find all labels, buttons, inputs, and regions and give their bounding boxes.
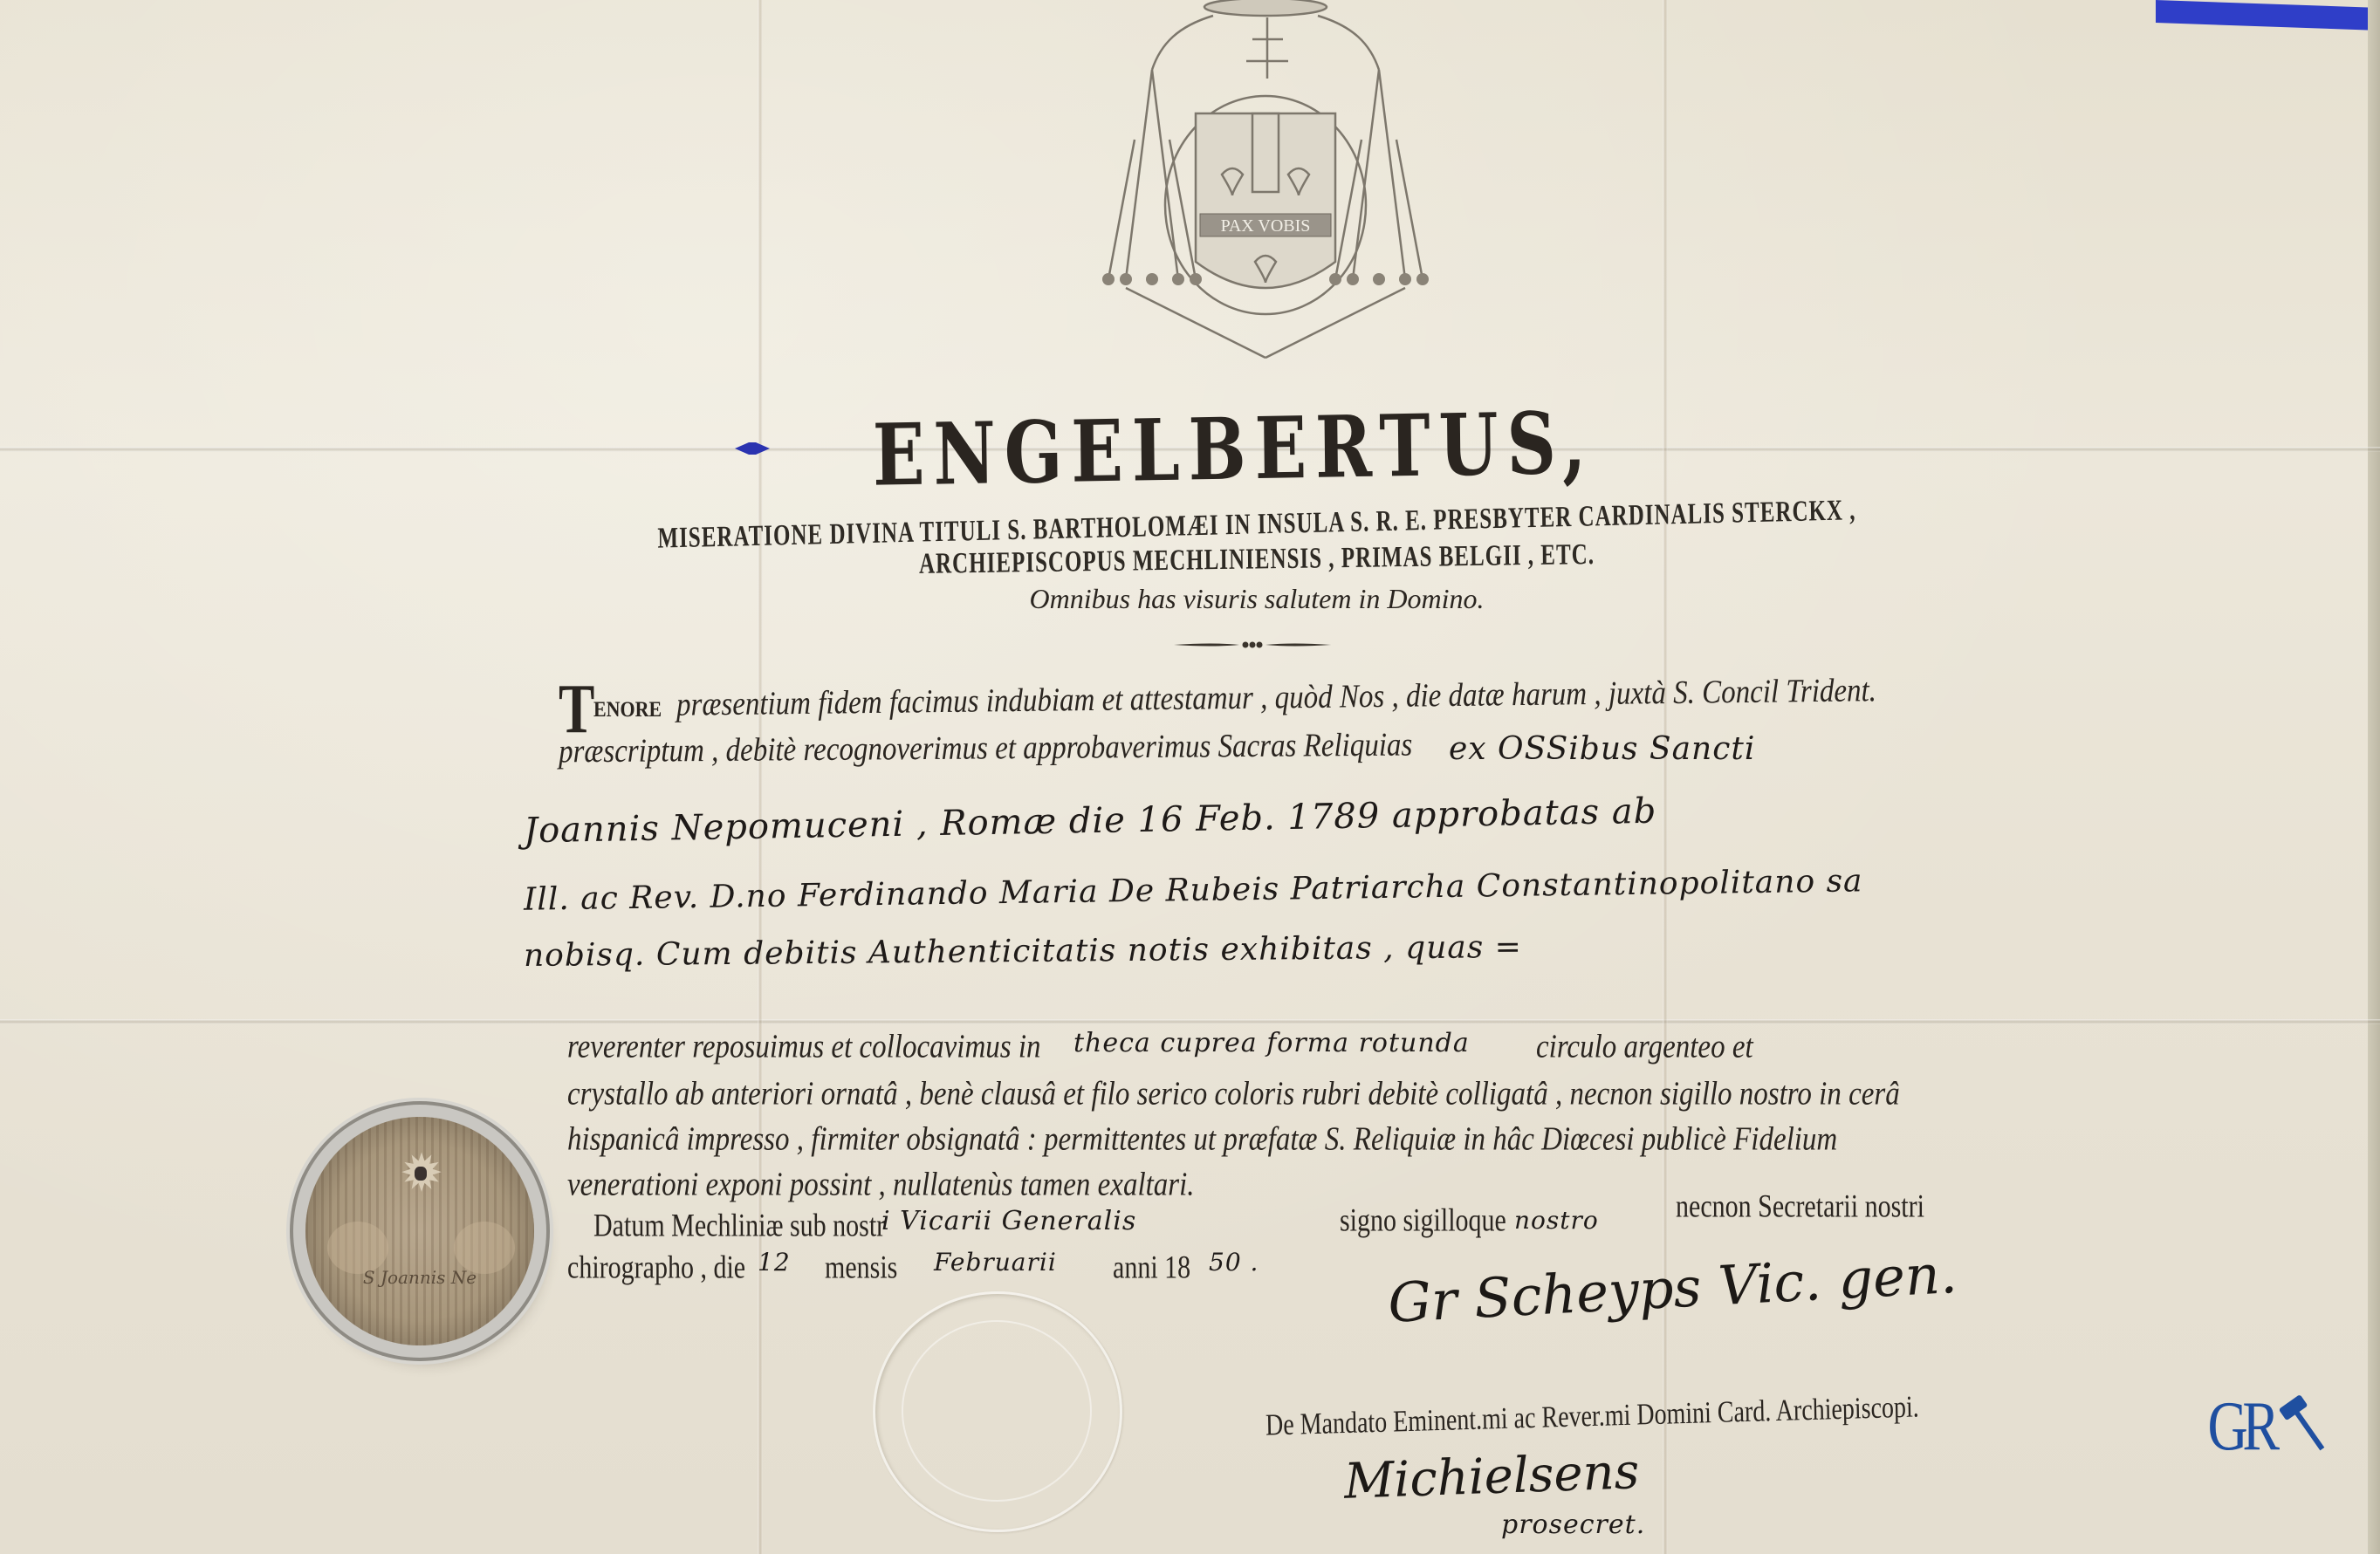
logo-monogram: GR — [2208, 1387, 2274, 1467]
datum-text: Datum Mechliniæ sub nostr — [593, 1208, 885, 1245]
reliquary-decoration — [454, 1222, 515, 1274]
signo-handwritten: nostro — [1514, 1206, 1599, 1235]
mensis-text: mensis — [825, 1249, 897, 1287]
anni-text: anni 18 — [1113, 1249, 1190, 1287]
chirographo-text: chirographo , die — [567, 1249, 745, 1287]
necnon-text: necnon Secretarii nostri — [1676, 1188, 1924, 1226]
reliquary-theca: ✹ S Joannis Ne — [305, 1117, 534, 1345]
body-line-2: præscriptum , debitè recognoverimus et a… — [559, 727, 1413, 770]
horizontal-fold-crease — [0, 1019, 2380, 1024]
secretary-title: prosecret. — [1501, 1510, 1645, 1540]
datum-handwritten: i Vicarii Generalis — [881, 1206, 1136, 1236]
year-handwritten: 50 . — [1209, 1248, 1259, 1277]
coat-of-arms-icon: PAX VOBIS — [1073, 0, 1457, 366]
signo-text: signo sigilloque — [1340, 1202, 1506, 1240]
day-handwritten: 12 — [758, 1248, 791, 1277]
auction-house-logo: GR — [2199, 1387, 2339, 1501]
vertical-fold-crease — [1663, 0, 1668, 1554]
body-line-6b: circulo argenteo et — [1536, 1029, 1753, 1066]
secretary-signature: Michielsens — [1343, 1443, 1640, 1510]
handwritten-insert-theca: theca cuprea forma rotunda — [1073, 1028, 1470, 1058]
body-line-6a: reverenter reposuimus et collocavimus in — [567, 1029, 1041, 1066]
svg-text:PAX VOBIS: PAX VOBIS — [1221, 216, 1311, 236]
gavel-icon — [2280, 1392, 2332, 1457]
relic-fragment — [415, 1167, 427, 1181]
greeting: Omnibus has visuris salutem in Domino. — [995, 583, 1519, 615]
body-line-8: hispanicâ impresso , firmiter obsignatâ … — [567, 1121, 1837, 1159]
month-handwritten: Februarii — [934, 1248, 1057, 1277]
reliquary-label: S Joannis Ne — [305, 1267, 534, 1288]
embossed-seal-icon — [873, 1291, 1122, 1532]
right-edge-shadow — [2368, 0, 2380, 1554]
handwritten-insert: ex OSSibus Sancti — [1449, 731, 1755, 767]
divider-ornament-icon — [1174, 640, 1331, 650]
embossed-seal-inner-ring — [902, 1320, 1092, 1502]
document-title: ENGELBERTUS, — [872, 394, 1588, 505]
reliquary-decoration — [327, 1222, 388, 1274]
body-line-9: venerationi exponi possint , nullatenùs … — [567, 1167, 1195, 1204]
smallcaps-enore: ENORE — [593, 696, 662, 722]
body-line-7: crystallo ab anteriori ornatâ , benè cla… — [567, 1076, 1900, 1113]
vertical-fold-crease — [758, 0, 763, 1554]
